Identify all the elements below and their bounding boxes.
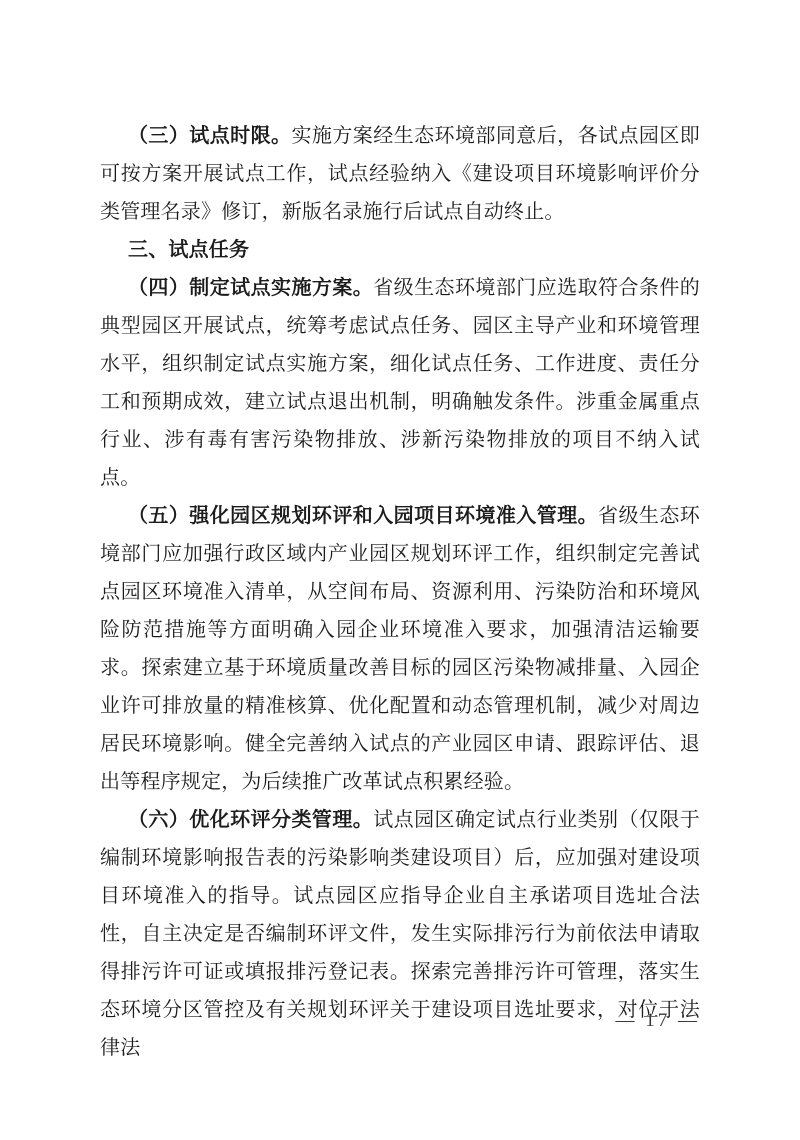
document-page: （三）试点时限。实施方案经生态环境部同意后，各试点园区即可按方案开展试点工作，试… xyxy=(0,0,800,1140)
paragraph-text: 试点园区确定试点行业类别（仅限于编制环境影响报告表的污染影响类建设项目）后，应加… xyxy=(100,809,700,1059)
page-number: — 17 — xyxy=(616,1008,701,1034)
paragraph-trial-deadline: （三）试点时限。实施方案经生态环境部同意后，各试点园区即可按方案开展试点工作，试… xyxy=(100,117,700,231)
paragraph-park-planning-eia: （五）强化园区规划环评和入园项目环境准入管理。省级生态环境部门应加强行政区域内产… xyxy=(100,497,700,801)
paragraph-implementation-plan: （四）制定试点实施方案。省级生态环境部门应选取符合条件的典型园区开展试点，统筹考… xyxy=(100,269,700,497)
section-heading-trial-tasks: 三、试点任务 xyxy=(100,231,700,269)
paragraph-text: 省级生态环境部门应选取符合条件的典型园区开展试点，统筹考虑试点任务、园区主导产业… xyxy=(100,277,700,489)
paragraph-lead: （四）制定试点实施方案。 xyxy=(128,277,373,299)
paragraph-text: 省级生态环境部门应加强行政区域内产业园区规划环评工作，组织制定完善试点园区环境准… xyxy=(100,505,700,793)
document-body: （三）试点时限。实施方案经生态环境部同意后，各试点园区即可按方案开展试点工作，试… xyxy=(100,117,700,1067)
paragraph-lead: （六）优化环评分类管理。 xyxy=(128,809,373,831)
paragraph-eia-classification: （六）优化环评分类管理。试点园区确定试点行业类别（仅限于编制环境影响报告表的污染… xyxy=(100,801,700,1067)
paragraph-lead: （五）强化园区规划环评和入园项目环境准入管理。 xyxy=(128,505,598,527)
paragraph-lead: （三）试点时限。 xyxy=(128,125,292,147)
